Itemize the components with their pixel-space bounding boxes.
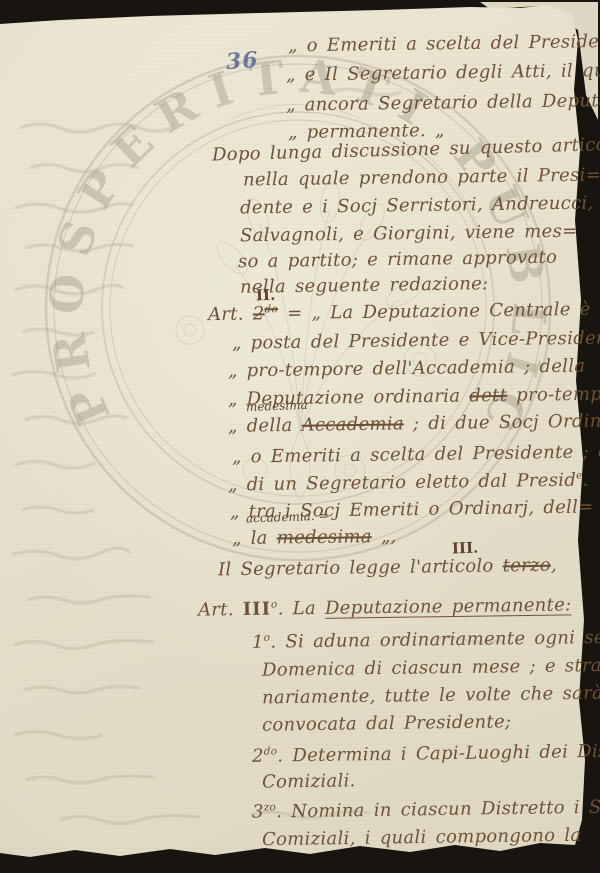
manuscript-text-segment: so a partito; e rimane approvato bbox=[238, 247, 558, 272]
manuscript-line: „ e Il Segretario degli Atti, il quale è bbox=[286, 60, 600, 85]
manuscript-line: 1o. Si aduna ordinariamente ogni seconda bbox=[252, 627, 600, 653]
manuscript-text-segment: nariamente, tutte le volte che sarà bbox=[262, 683, 600, 709]
interlinear-correction: II. bbox=[256, 288, 276, 304]
page-number: 36 bbox=[225, 47, 259, 75]
manuscript-text-segment: Deputazione permanente: bbox=[325, 594, 572, 618]
manuscript-text-segment: „ pro-tempore dell'Accademia ; della bbox=[228, 356, 586, 382]
manuscript-text-segment: do bbox=[264, 303, 278, 315]
manuscript-text-segment: „ e Il Segretario degli Atti, il quale è bbox=[286, 59, 600, 85]
manuscript-line: „ la medesima „, bbox=[232, 527, 397, 549]
manuscript-line: Comiziali. bbox=[262, 771, 356, 792]
manuscript-text-segment: „ o Emeriti a scelta del Presidente; bbox=[288, 31, 600, 57]
manuscript-text-segment: „ di un Segretario eletto dal Presid bbox=[228, 470, 576, 496]
manuscript-text-segment: 3 bbox=[252, 801, 264, 822]
manuscript-text-segment: medesima bbox=[277, 526, 372, 548]
manuscript-text-segment: dett bbox=[469, 385, 507, 407]
manuscript-text-segment: = „ La Deputazione Centrale è com= bbox=[278, 298, 600, 324]
manuscript-line: „ della Accademia ; di due Socj Ordinarj… bbox=[228, 411, 600, 436]
manuscript-text-segment: convocata dal Presidente; bbox=[262, 711, 512, 735]
manuscript-line: Art. IIIo. La Deputazione permanente: bbox=[198, 595, 572, 620]
manuscript-line: „ o Emeriti a scelta del Presidente; bbox=[288, 32, 600, 57]
manuscript-line: Dopo lunga discussione su questo articol… bbox=[212, 135, 600, 166]
manuscript-line: Salvagnoli, e Giorgini, viene mes= bbox=[240, 222, 578, 247]
manuscript-text-segment: ; di due Socj Ordinarj, bbox=[404, 410, 600, 434]
manuscript-text-segment: „ o Emeriti a scelta del Presidente ; e bbox=[232, 441, 600, 467]
manuscript-line: „ o Emeriti a scelta del Presidente ; e bbox=[232, 442, 600, 467]
manuscript-line: dente e i Socj Serristori, Andreucci, bbox=[240, 194, 594, 219]
manuscript-text-segment: „, bbox=[372, 526, 397, 547]
manuscript-text-segment: . bbox=[277, 598, 292, 619]
interlinear-correction: III. bbox=[452, 541, 479, 557]
manuscript-line: Il Segretario legge l'articolo terzo, bbox=[218, 556, 557, 581]
manuscript-text-segment: dente e i Socj Serristori, Andreucci, bbox=[240, 193, 594, 219]
manuscript-line: „ ancora Segretario della Deputazione bbox=[286, 90, 600, 115]
manuscript-text-segment: Accademia bbox=[301, 413, 404, 435]
manuscript-text-segment: Art. bbox=[198, 599, 243, 621]
manuscript-line: „ di un Segretario eletto dal Preside. bbox=[228, 470, 589, 495]
manuscript-line: 3zo. Nomina in ciascun Distretto i Socj bbox=[252, 797, 600, 822]
manuscript-text-segment: „ della bbox=[228, 415, 302, 437]
manuscript-text-segment: Il Segretario legge l'articolo bbox=[218, 555, 503, 580]
manuscript-text-segment: „ posta del Presidente e Vice-Presidente bbox=[232, 327, 600, 354]
manuscript-text-segment: 1 bbox=[252, 632, 264, 653]
manuscript-line: nariamente, tutte le volte che sarà bbox=[262, 684, 600, 709]
manuscript-text-segment: Salvagnoli, e Giorgini, viene mes= bbox=[240, 221, 578, 247]
manuscript-text-segment: Comiziali, i quali compongono la bbox=[262, 825, 582, 850]
interlinear-correction: accademia. = bbox=[246, 510, 329, 525]
manuscript-text-segment: Art. bbox=[208, 303, 253, 325]
manuscript-text-segment: pro-tempore bbox=[507, 383, 600, 406]
manuscript-text-segment: . Si aduna ordinariamente ogni seconda bbox=[270, 626, 600, 652]
manuscript-text-segment: „ ancora Segretario della Deputazione bbox=[286, 89, 600, 115]
manuscript-text-segment: 2 bbox=[252, 746, 264, 767]
manuscript-text-segment: nella seguente redazione: bbox=[240, 273, 489, 297]
manuscript-line: Comiziali, i quali compongono la bbox=[262, 826, 582, 850]
manuscript-text-segment: , bbox=[551, 555, 557, 576]
handwriting-layer: 36 „ o Emeriti a scelta del Presidente;„… bbox=[0, 0, 600, 873]
manuscript-text-segment: nella quale prendono parte il Presi= bbox=[243, 165, 600, 191]
manuscript-line: nella seguente redazione: bbox=[240, 274, 489, 297]
manuscript-line: Domenica di ciascun mese ; e straordi= bbox=[262, 655, 600, 680]
manuscript-text-segment: Comiziali. bbox=[262, 770, 356, 792]
manuscript-text-segment: zo bbox=[264, 801, 277, 813]
manuscript-text-segment: do bbox=[264, 745, 278, 757]
interlinear-correction: medesima bbox=[246, 399, 308, 413]
manuscript-text-segment: terzo bbox=[502, 555, 551, 577]
manuscript-scan-page: { "colors":{ "ink":"#6e5236", "ink_dark"… bbox=[0, 0, 600, 873]
manuscript-text-segment: III bbox=[243, 599, 272, 620]
manuscript-text-segment: 2 bbox=[253, 303, 265, 324]
manuscript-text-segment: „ la bbox=[232, 528, 277, 550]
manuscript-line: 2do. Determina i Capi-Luoghi dei Distret… bbox=[252, 741, 600, 766]
manuscript-line: convocata dal Presidente; bbox=[262, 712, 512, 735]
manuscript-text-segment: Domenica di ciascun mese ; e straordi= bbox=[262, 654, 600, 680]
manuscript-line: so a partito; e rimane approvato bbox=[238, 248, 557, 272]
manuscript-line: „ posta del Presidente e Vice-Presidente bbox=[232, 328, 600, 353]
manuscript-line: „ pro-tempore dell'Accademia ; della bbox=[228, 357, 586, 382]
manuscript-text-segment: . bbox=[582, 469, 588, 490]
manuscript-text-segment: La bbox=[293, 598, 326, 619]
manuscript-text-segment: . Determina i Capi-Luoghi dei Distretti bbox=[277, 740, 600, 766]
manuscript-line: nella quale prendono parte il Presi= bbox=[243, 166, 600, 191]
manuscript-text-segment: . Nomina in ciascun Distretto i Socj bbox=[276, 796, 600, 822]
